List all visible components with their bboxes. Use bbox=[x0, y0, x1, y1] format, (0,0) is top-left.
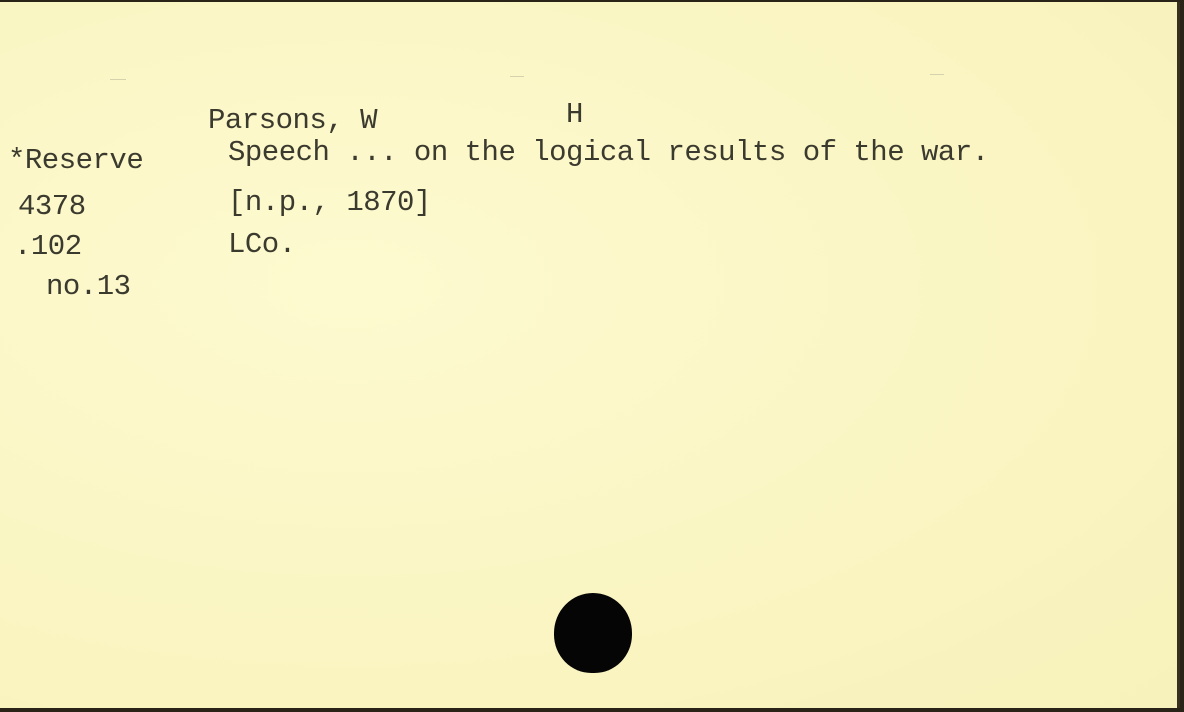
faint-mark bbox=[510, 76, 524, 77]
catalog-card: *Reserve 4378 .102 no.13 Parsons, W H Sp… bbox=[0, 2, 1180, 708]
call-number-subclass: .102 bbox=[14, 232, 82, 261]
faint-mark bbox=[930, 74, 944, 75]
holdings-note: LCo. bbox=[228, 230, 296, 259]
call-number-class: 4378 bbox=[18, 192, 86, 221]
title-statement: Speech ... on the logical results of the… bbox=[228, 138, 989, 167]
imprint: [n.p., 1870] bbox=[228, 188, 431, 217]
call-number-location: *Reserve bbox=[8, 146, 143, 175]
author-heading: Parsons, W bbox=[208, 106, 377, 135]
call-number-number: no.13 bbox=[46, 272, 131, 301]
punch-hole bbox=[554, 593, 632, 673]
author-initial: H bbox=[566, 100, 583, 129]
faint-mark bbox=[110, 79, 126, 80]
